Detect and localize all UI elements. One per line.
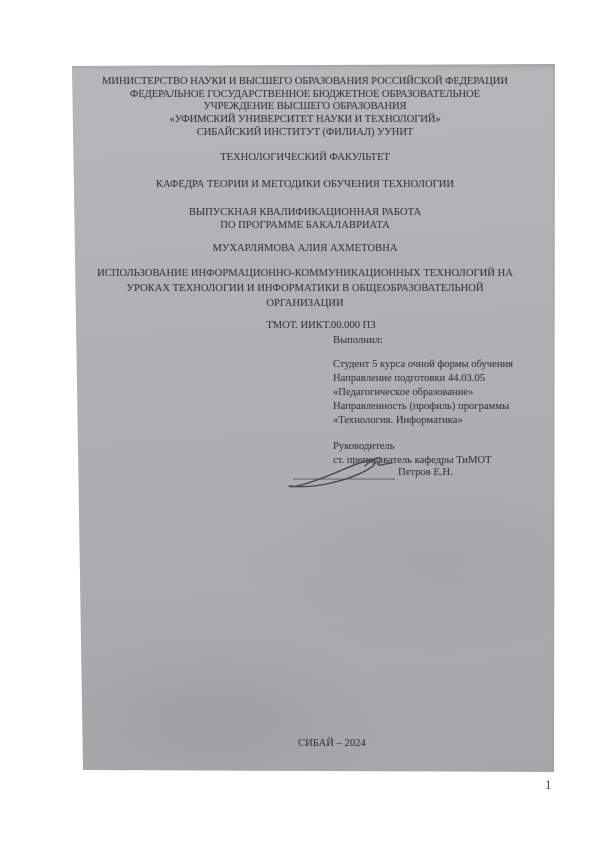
- institute-branch-line: СИБАЙСКИЙ ИНСТИТУТ (ФИЛИАЛ) УУНИТ: [62, 127, 548, 140]
- institution-header: МИНИСТЕРСТВО НАУКИ И ВЫСШЕГО ОБРАЗОВАНИЯ…: [62, 76, 548, 140]
- ministry-line: МИНИСТЕРСТВО НАУКИ И ВЫСШЕГО ОБРАЗОВАНИЯ…: [62, 76, 548, 89]
- work-type-line-1: ВЫПУСКНАЯ КВАЛИФИКАЦИОННАЯ РАБОТА: [62, 207, 548, 220]
- thesis-title-line-2: УРОКАХ ТЕХНОЛОГИИ И ИНФОРМАТИКИ В ОБЩЕОБ…: [62, 282, 548, 297]
- page-number: 1: [545, 777, 552, 793]
- performed-by-label: Выполнил:: [333, 335, 383, 346]
- student-info-line-2: Направление подготовки 44.03.05: [333, 372, 513, 386]
- thesis-title-line-1: ИСПОЛЬЗОВАНИЕ ИНФОРМАЦИОННО-КОММУНИКАЦИО…: [62, 267, 548, 282]
- city-and-year: СИБАЙ – 2024: [298, 738, 366, 749]
- student-info-line-3: «Педагогическое образование»: [333, 386, 513, 400]
- department-name: КАФЕДРА ТЕОРИИ И МЕТОДИКИ ОБУЧЕНИЯ ТЕХНО…: [62, 179, 548, 190]
- scanned-title-page-photo: МИНИСТЕРСТВО НАУКИ И ВЫСШЕГО ОБРАЗОВАНИЯ…: [70, 64, 556, 773]
- document-code: ТМОТ. ИИКТ.00.000 ПЗ: [78, 320, 564, 331]
- supervisor-name: Петров Е.Н.: [398, 467, 453, 478]
- work-type: ВЫПУСКНАЯ КВАЛИФИКАЦИОННАЯ РАБОТА ПО ПРО…: [62, 207, 548, 232]
- faculty-name: ТЕХНОЛОГИЧЕСКИЙ ФАКУЛЬТЕТ: [62, 152, 548, 163]
- thesis-title-line-3: ОРГАНИЗАЦИИ: [62, 297, 548, 312]
- student-info-line-4: Направленность (профиль) программы: [333, 400, 513, 414]
- student-info-line-1: Студент 5 курса очной формы обучения: [333, 358, 513, 372]
- higher-education-line: УЧРЕЖДЕНИЕ ВЫСШЕГО ОБРАЗОВАНИЯ: [62, 101, 548, 114]
- student-info-block: Студент 5 курса очной формы обучения Нап…: [333, 358, 513, 428]
- thesis-title: ИСПОЛЬЗОВАНИЕ ИНФОРМАЦИОННО-КОММУНИКАЦИО…: [62, 267, 548, 312]
- university-name-line: «УФИМСКИЙ УНИВЕРСИТЕТ НАУКИ И ТЕХНОЛОГИЙ…: [62, 114, 548, 127]
- pdf-page: МИНИСТЕРСТВО НАУКИ И ВЫСШЕГО ОБРАЗОВАНИЯ…: [0, 0, 595, 841]
- federal-institution-line: ФЕДЕРАЛЬНОЕ ГОСУДАРСТВЕННОЕ БЮДЖЕТНОЕ ОБ…: [62, 89, 548, 102]
- student-info-line-5: «Технология. Информатика»: [333, 414, 513, 428]
- supervisor-label: Руководитель: [333, 440, 492, 454]
- author-name: МУХАРЛЯМОВА АЛИЯ АХМЕТОВНА: [62, 243, 548, 254]
- work-type-line-2: ПО ПРОГРАММЕ БАКАЛАВРИАТА: [62, 220, 548, 233]
